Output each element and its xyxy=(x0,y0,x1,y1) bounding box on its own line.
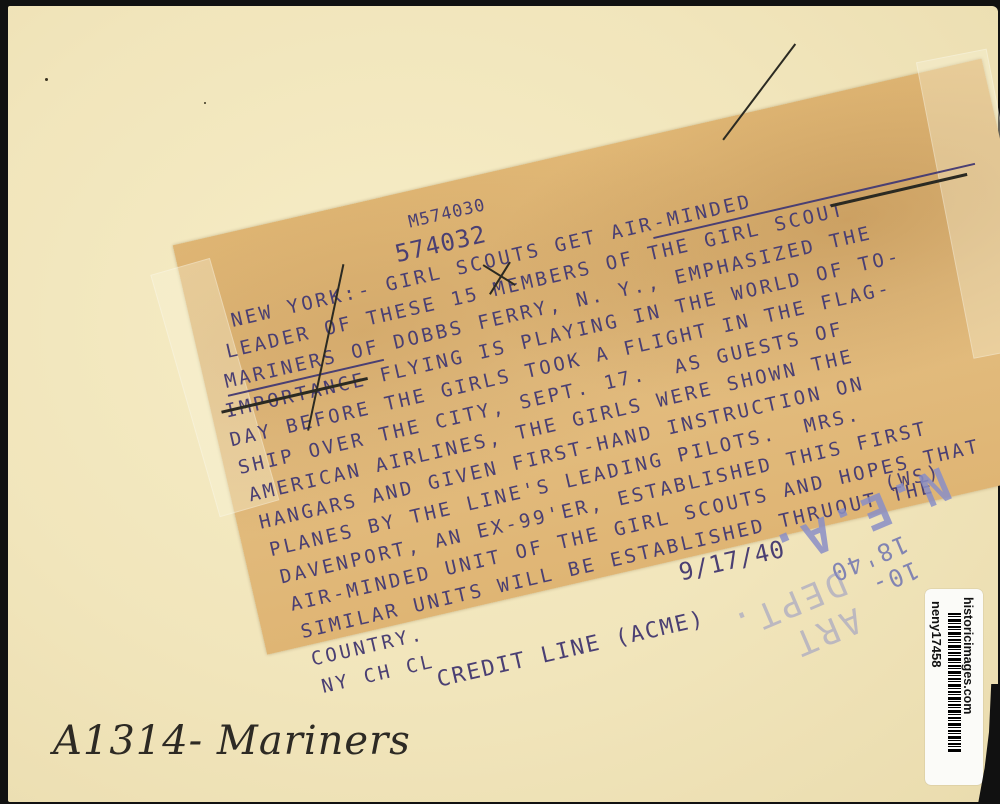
barcode-label: historicimages.com neny17458 xyxy=(925,589,983,785)
barcode-icon xyxy=(948,613,961,753)
label-site: historicimages.com xyxy=(961,597,975,714)
photo-back-paper: M574030 574032 NEW YORK:- GIRL SCOUTS GE… xyxy=(8,6,998,802)
speck xyxy=(45,78,48,81)
label-id: neny17458 xyxy=(929,601,944,668)
handwritten-note: A1314- Mariners xyxy=(53,718,411,764)
credit-line: CREDIT LINE (ACME) xyxy=(434,606,707,694)
speck xyxy=(204,102,206,104)
